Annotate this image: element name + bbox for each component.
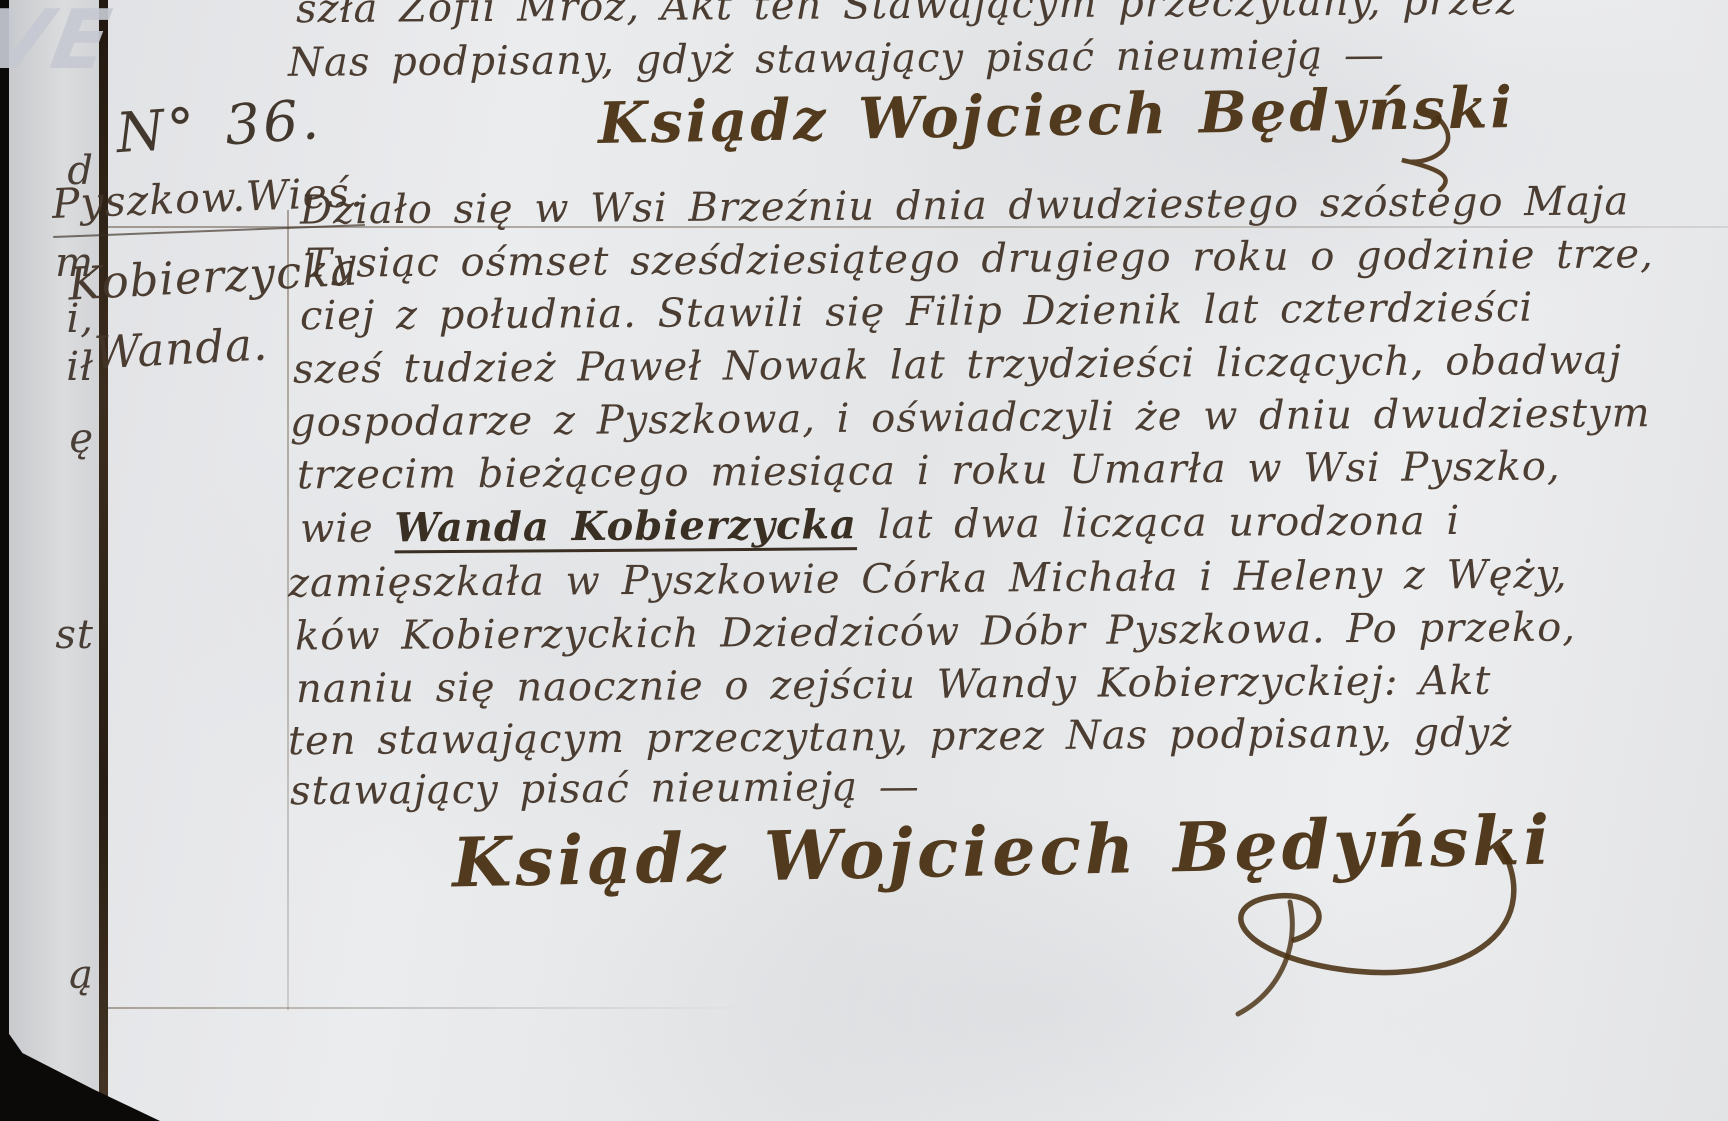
page-binding-line — [99, 0, 108, 1121]
flourish-stroke-bottom-tail — [1238, 902, 1292, 1014]
priest-signature-bottom: Ksiądz Wojciech Będyński — [451, 800, 1554, 903]
prev-record-closing-line: Nas podpisany, gdyż stawający pisać nieu… — [288, 32, 1385, 86]
prev-record-closing-line: szła Zofii Mróz, Akt ten Stawającym prze… — [296, 0, 1518, 32]
record-line: zamięszkała w Pyszkowie Córka Michała i … — [288, 552, 1568, 607]
scan-black-edge-left — [0, 0, 9, 1121]
record-line: ciej z południa. Stawili się Filip Dzien… — [300, 285, 1533, 340]
record-line: ków Kobierzyckich Dziedziców Dóbr Pyszko… — [295, 605, 1576, 660]
deceased-name: Wanda Kobierzycka — [394, 501, 857, 551]
ruled-line-bottom — [108, 1007, 748, 1009]
record-line: Tysiąc ośmset sześdziesiątego drugiego r… — [305, 231, 1654, 286]
cut-text-fragment: ę — [69, 416, 94, 462]
margin-given-name: Wanda. — [93, 317, 270, 379]
record-number: N° 36. — [114, 87, 324, 165]
record-line: naniu się naocznie o zejściu Wandy Kobie… — [296, 658, 1492, 712]
record-line: trzecim bieżącego miesiąca i roku Umarła… — [297, 444, 1561, 499]
watermark: VE — [0, 0, 119, 82]
record-line: stawający pisać nieumieją — — [290, 764, 920, 814]
previous-page-edge: d m i, ił ę st ą — [8, 0, 100, 1121]
ruled-line-vertical-margin — [287, 210, 289, 1010]
record-line: ten stawającym przeczytany, przez Nas po… — [288, 710, 1513, 765]
cut-text-fragment: ił — [66, 344, 94, 390]
deceased-line-prefix: wie — [300, 505, 395, 552]
record-line: gospodarze z Pyszkowa, i oświadczyli że … — [290, 390, 1651, 445]
deceased-line-suffix: lat dwa licząca urodzona i — [857, 498, 1461, 548]
priest-signature-top: Ksiądz Wojciech Będyński — [597, 74, 1515, 157]
record-line: sześ tudzież Paweł Nowak lat trzydzieści… — [293, 337, 1622, 392]
record-line: Działo się w Wsi Brzeźniu dnia dwudziest… — [300, 178, 1630, 233]
cut-text-fragment: ą — [69, 952, 94, 998]
record-line-deceased: wie Wanda Kobierzycka lat dwa licząca ur… — [300, 497, 1460, 552]
cut-text-fragment: st — [55, 612, 94, 658]
register-page-scan: d m i, ił ę st ą VE szła Zofii Mróz, Akt… — [0, 0, 1728, 1121]
